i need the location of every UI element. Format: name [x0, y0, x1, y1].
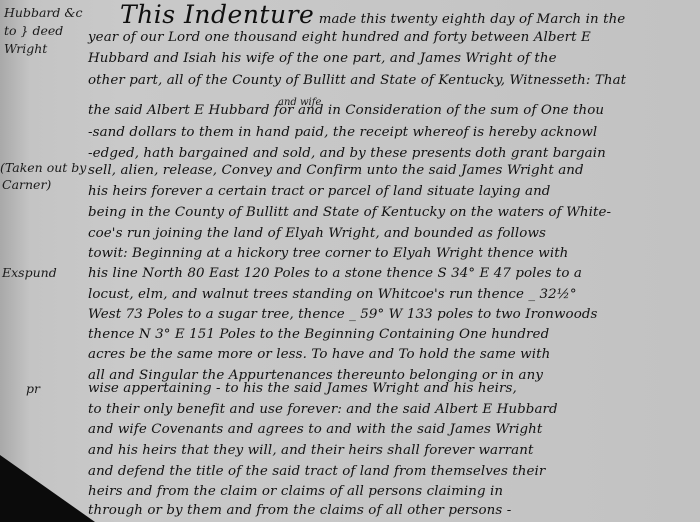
deed-line: Hubbard and Isiah his wife of the one pa…: [88, 51, 557, 66]
margin-note-exspund: Exspund: [2, 264, 57, 281]
deed-line: to their only benefit and use forever: a…: [88, 402, 558, 417]
deed-line: wise appertaining - to his the said Jame…: [88, 381, 517, 396]
margin-note-taken-out-2: Carner): [2, 176, 51, 193]
deed-line: through or by them and from the claims o…: [88, 503, 511, 518]
margin-note-parties-3: Wright: [4, 40, 47, 57]
document-page: Hubbard &c to } deed Wright (Taken out b…: [0, 0, 700, 522]
margin-note-parties-2: to } deed: [4, 22, 63, 39]
deed-line: towit: Beginning at a hickory tree corne…: [88, 246, 568, 261]
margin-notes: Hubbard &c to } deed Wright (Taken out b…: [0, 0, 85, 522]
deed-line: sell, alien, release, Convey and Confirm…: [88, 163, 584, 178]
document-title: This Indenture: [120, 0, 314, 29]
deed-line: acres be the same more or less. To have …: [88, 347, 550, 362]
title-line-rest: made this twenty eighth day of March in …: [319, 12, 626, 27]
deed-line: locust, elm, and walnut trees standing o…: [88, 287, 577, 302]
deed-line: heirs and from the claim or claims of al…: [88, 484, 503, 499]
deed-line: his line North 80 East 120 Poles to a st…: [88, 266, 582, 281]
title-line: This Indenture made this twenty eighth d…: [120, 0, 625, 29]
deed-line: being in the County of Bullitt and State…: [88, 205, 611, 220]
deed-line: his heirs forever a certain tract or par…: [88, 184, 550, 199]
deed-line: year of our Lord one thousand eight hund…: [88, 30, 591, 45]
deed-line: thence N 3° E 151 Poles to the Beginning…: [88, 327, 549, 342]
margin-note-parties-1: Hubbard &c: [4, 4, 83, 21]
deed-line: West 73 Poles to a sugar tree, thence _ …: [88, 307, 598, 322]
deed-line: other part, all of the County of Bullitt…: [88, 73, 626, 88]
deed-line: the said Albert E Hubbard for and in Con…: [88, 103, 604, 118]
deed-line: -sand dollars to them in hand paid, the …: [88, 125, 597, 140]
deed-line: -edged, hath bargained and sold, and by …: [88, 146, 606, 161]
margin-note-taken-out-1: (Taken out by: [0, 159, 86, 176]
deed-line: and wife Covenants and agrees to and wit…: [88, 422, 542, 437]
deed-line: coe's run joining the land of Elyah Wrig…: [88, 226, 546, 241]
deed-line: and defend the title of the said tract o…: [88, 464, 545, 479]
margin-note-pr: pr: [26, 380, 40, 397]
deed-line: and his heirs that they will, and their …: [88, 443, 533, 458]
